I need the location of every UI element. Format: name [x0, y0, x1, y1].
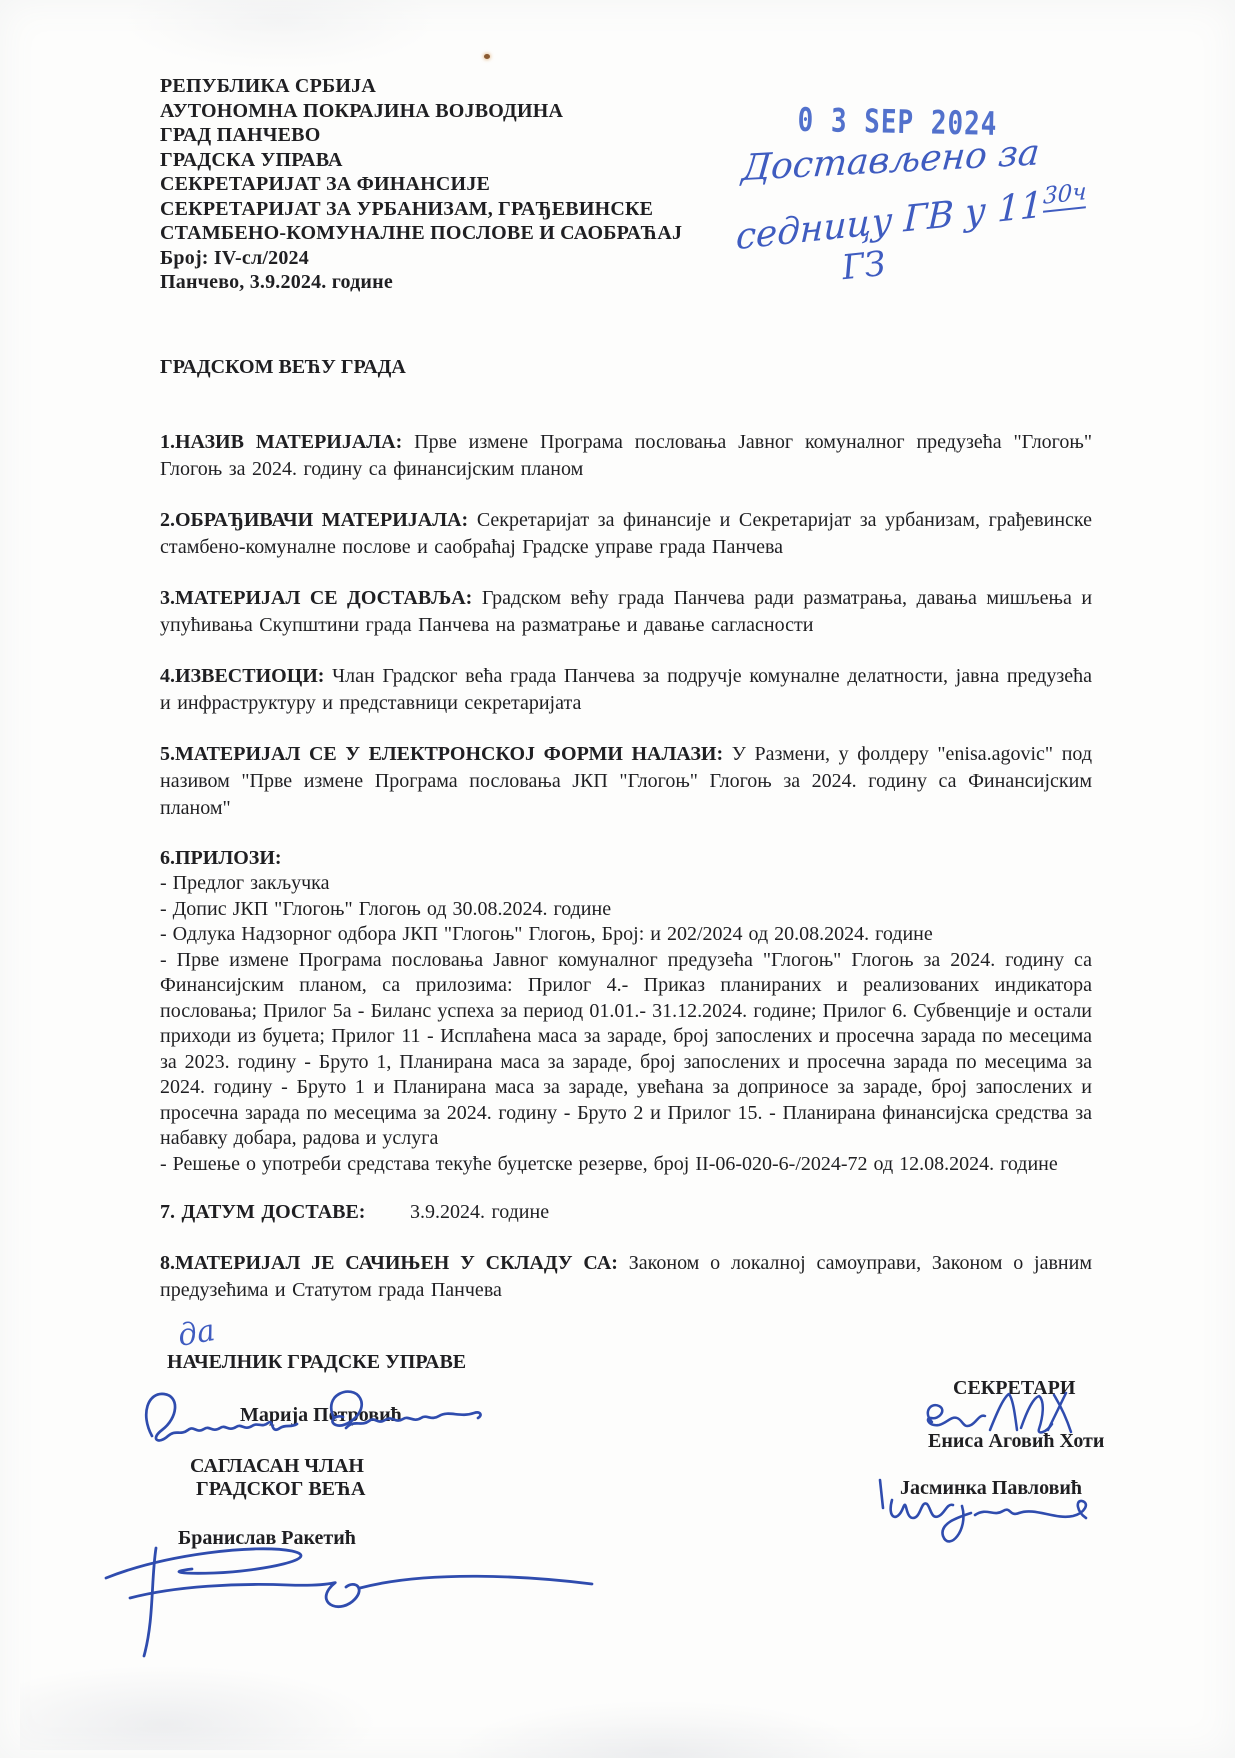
attachment-item: - Решење о употреби средстава текуће буџ… [160, 1152, 1092, 1178]
ink-fleck [484, 54, 490, 59]
section-8-legal-basis: 8.МАТЕРИЈАЛ ЈЕ САЧИЊЕН У СКЛАДУ СА: Зако… [160, 1250, 1092, 1304]
scanned-document-page: РЕПУБЛИКА СРБИЈА АУТОНОМНА ПОКРАЈИНА ВОЈ… [0, 0, 1235, 1758]
scan-smudge [450, 1700, 870, 1758]
letterhead-line: РЕПУБЛИКА СРБИЈА [160, 74, 1092, 99]
left-signatory-title: НАЧЕЛНИК ГРАДСКЕ УПРАВЕ [167, 1351, 466, 1374]
section-3-label: 3.МАТЕРИЈАЛ СЕ ДОСТАВЉА: [160, 587, 472, 609]
signature-enisa-agovic-hoti [920, 1388, 1075, 1443]
document-number: Број: IV-сл/2024 [160, 246, 1092, 271]
signature-branislav-raketic [96, 1536, 606, 1676]
signature-marija-petrovic [138, 1384, 488, 1464]
handwritten-approval-mark: да [175, 1313, 217, 1354]
section-4-label: 4.ИЗВЕСТИОЦИ: [160, 665, 324, 687]
handwritten-initials: ГЗ [840, 244, 888, 288]
section-8-label: 8.МАТЕРИЈАЛ ЈЕ САЧИЊЕН У СКЛАДУ СА: [160, 1252, 618, 1274]
salutation: ГРАДСКОМ ВЕЋУ ГРАДА [160, 355, 1092, 379]
attachment-item: - Допис ЈКП "Глогоњ" Глогоњ од 30.08.202… [160, 897, 1092, 923]
handwritten-time-superscript: 30ч [1043, 179, 1087, 213]
section-3-delivered-to: 3.МАТЕРИЈАЛ СЕ ДОСТАВЉА: Градском већу г… [160, 585, 1092, 639]
section-5-label: 5.МАТЕРИЈАЛ СЕ У ЕЛЕКТРОНСКОЈ ФОРМИ НАЛА… [160, 743, 723, 765]
section-2-label: 2.ОБРАЂИВАЧИ МАТЕРИЈАЛА: [160, 509, 468, 531]
section-1-material-title: 1.НАЗИВ МАТЕРИЈАЛА: Прве измене Програма… [160, 429, 1092, 483]
scan-smudge [120, 0, 440, 70]
place-and-date: Панчево, 3.9.2024. године [160, 270, 1092, 295]
section-4-rapporteurs: 4.ИЗВЕСТИОЦИ: Члан Градског већа града П… [160, 663, 1092, 717]
attachment-item: - Одлука Надзорног одбора ЈКП "Глогоњ" Г… [160, 922, 1092, 948]
scan-smudge [20, 1665, 380, 1750]
section-7-value: 3.9.2024. године [410, 1201, 549, 1223]
signature-jasminka-pavlovic [874, 1472, 1114, 1572]
section-5-electronic-form: 5.МАТЕРИЈАЛ СЕ У ЕЛЕКТРОНСКОЈ ФОРМИ НАЛА… [160, 741, 1092, 822]
section-1-label: 1.НАЗИВ МАТЕРИЈАЛА: [160, 431, 402, 453]
section-7-label: 7. ДАТУМ ДОСТАВЕ: [160, 1201, 365, 1223]
section-6-attachments-label: 6.ПРИЛОЗИ: [160, 846, 1092, 872]
section-2-processors: 2.ОБРАЂИВАЧИ МАТЕРИЈАЛА: Секретаријат за… [160, 507, 1092, 561]
attachment-item: - Прве измене Програма пословања Јавног … [160, 948, 1092, 1152]
section-7-delivery-date: 7. ДАТУМ ДОСТАВЕ: 3.9.2024. године [160, 1199, 1092, 1226]
attachment-item: - Предлог закључка [160, 871, 1092, 897]
document-body: РЕПУБЛИКА СРБИЈА АУТОНОМНА ПОКРАЈИНА ВОЈ… [160, 74, 1092, 1304]
left-signatory-subtitle-2: ГРАДСКОГ ВЕЋА [196, 1478, 365, 1501]
